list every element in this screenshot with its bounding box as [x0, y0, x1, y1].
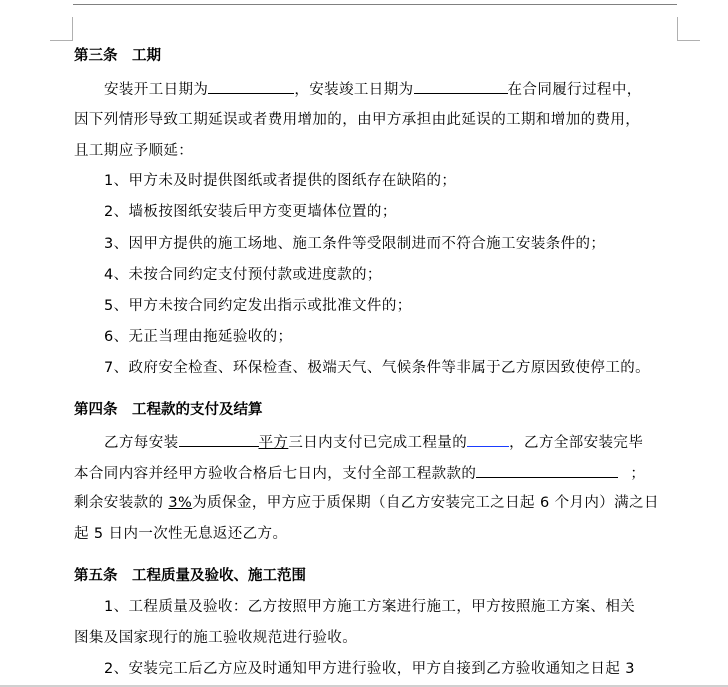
- area-per-install-blank[interactable]: [179, 431, 259, 447]
- section-4-paragraph-line-4: 起 5 日内一次性无息返还乙方。: [74, 524, 287, 544]
- text-segment: ；: [630, 466, 645, 482]
- list-item: 7、政府安全检查、环保检查、极端天气、气候条件等非属于乙方原因致使停工的。: [104, 358, 650, 378]
- completion-date-blank[interactable]: [414, 78, 508, 94]
- section-5-item-1-line-1: 1、工程质量及验收：乙方按照甲方施工方案进行施工，甲方按照施工方案、相关: [104, 597, 635, 617]
- list-item: 3、因甲方提供的施工场地、施工条件等受限制进而不符合施工安装条件的；: [104, 234, 605, 254]
- total-payment-blank[interactable]: [476, 462, 618, 478]
- unit-square-meter: 平方: [259, 435, 289, 451]
- section-4-heading: 第四条 工程款的支付及结算: [74, 400, 263, 420]
- section-5-item-2-line-1: 2、安装完工后乙方应及时通知甲方进行验收，甲方自接到乙方验收通知之日起 3: [104, 659, 635, 679]
- margin-corner-right-vertical: [677, 17, 678, 40]
- margin-corner-right-horizontal: [677, 40, 700, 41]
- section-3-paragraph-line-3: 且工期应予顺延：: [74, 141, 193, 161]
- section-5-heading: 第五条 工程质量及验收、施工范围: [74, 566, 306, 586]
- section-5-item-1-line-2: 图集及国家现行的施工验收规范进行验收。: [74, 628, 357, 648]
- text-segment: 剩余安装款的: [74, 495, 168, 511]
- text-segment: 在合同履行过程中，: [508, 82, 642, 98]
- section-4-paragraph-line-2: 本合同内容并经甲方验收合格后七日内，支付全部工程款款的；: [74, 462, 645, 484]
- section-3-heading: 第三条 工期: [74, 46, 161, 66]
- list-item: 6、无正当理由拖延验收的；: [104, 327, 292, 347]
- section-4-paragraph-line-1: 乙方每安装平方三日内支付已完成工程量的，乙方全部安装完毕: [104, 431, 643, 453]
- text-segment: 本合同内容并经甲方验收合格后七日内，支付全部工程款款的: [74, 466, 476, 482]
- list-item: 1、甲方未及时提供图纸或者提供的图纸存在缺陷的；: [104, 171, 456, 191]
- section-3-paragraph-line-2: 因下列情形导致工期延误或者费用增加的，由甲方承担由此延误的工期和增加的费用，: [74, 110, 640, 130]
- list-item: 5、甲方未按合同约定发出指示或批准文件的；: [104, 296, 412, 316]
- section-3-paragraph-line-1: 安装开工日期为，安装竣工日期为在合同履行过程中，: [104, 78, 642, 100]
- text-segment: ，乙方全部安装完毕: [509, 435, 643, 451]
- text-segment: ，安装竣工日期为: [294, 82, 413, 98]
- margin-corner-left-vertical: [72, 17, 73, 40]
- list-item: 4、未按合同约定支付预付款或进度款的；: [104, 265, 382, 285]
- text-segment: 三日内支付已完成工程量的: [288, 435, 467, 451]
- retention-percent: 3%: [168, 495, 192, 511]
- payment-percent-blank[interactable]: [467, 431, 509, 447]
- margin-corner-left-horizontal: [50, 40, 73, 41]
- text-segment: 乙方每安装: [104, 435, 179, 451]
- list-item: 2、墙板按图纸安装后甲方变更墙体位置的；: [104, 202, 397, 222]
- text-segment: 安装开工日期为: [104, 82, 208, 98]
- start-date-blank[interactable]: [208, 78, 294, 94]
- section-4-paragraph-line-3: 剩余安装款的 3%为质保金，甲方应于质保期（自乙方安装完工之日起 6 个月内）满…: [74, 493, 659, 513]
- text-segment: 为质保金，甲方应于质保期（自乙方安装完工之日起 6 个月内）满之日: [192, 495, 659, 511]
- page-top-rule: [73, 4, 677, 5]
